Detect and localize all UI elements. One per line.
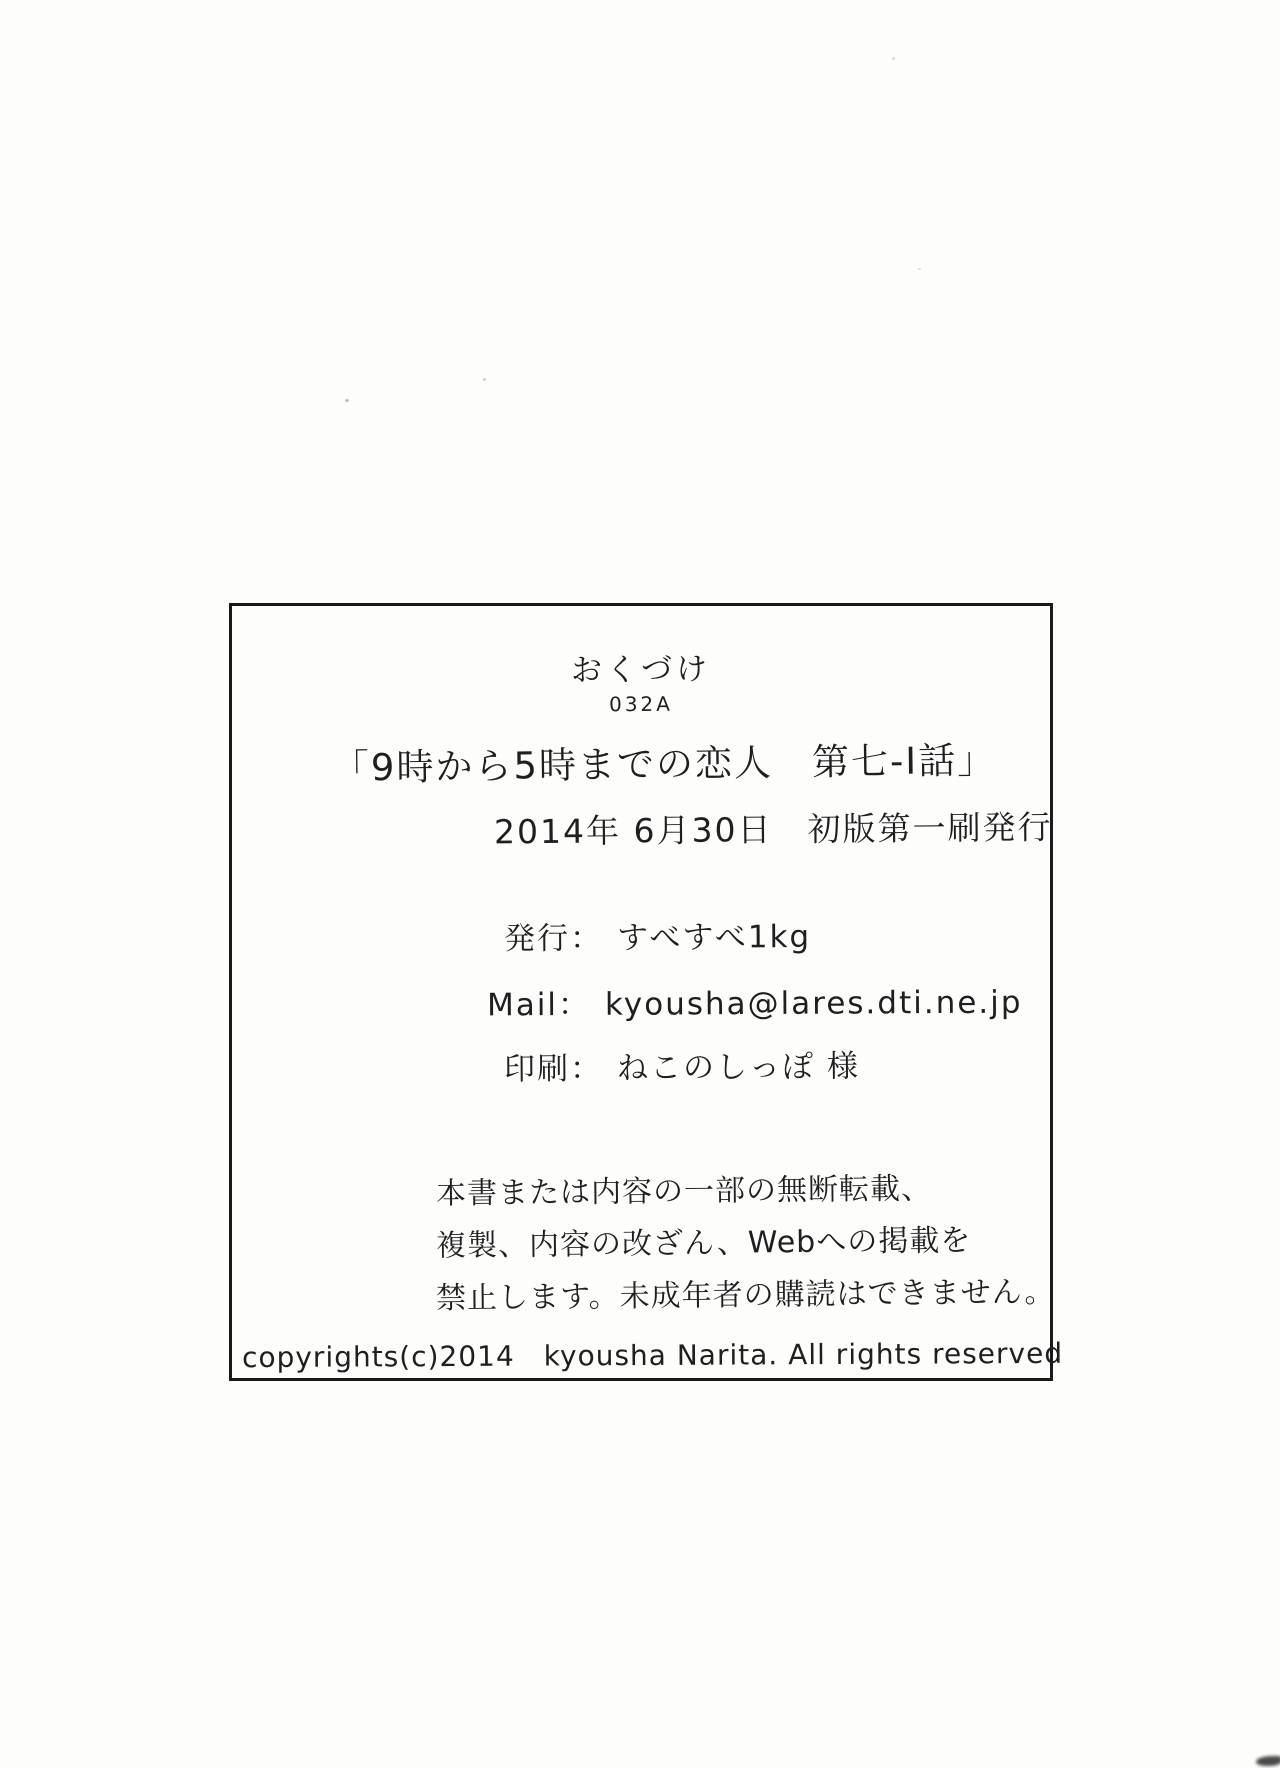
printer-label: 印刷：	[504, 1043, 603, 1089]
legal-notice-line-3: 禁止します。未成年者の購読はできません。	[436, 1267, 1056, 1317]
printer-value: ねこのしっぽ 様	[617, 1048, 860, 1086]
book-title: 「9時から5時までの恋人 第七-I話」	[232, 729, 1051, 793]
scan-corner-smudge	[1256, 1756, 1280, 1766]
printer-row: 印刷：ねこのしっぽ 様	[504, 1040, 860, 1088]
colophon-heading: おくづけ	[232, 640, 1050, 694]
mail-row: Mail：kyousha@lares.dti.ne.jp	[487, 977, 1023, 1025]
scan-speck	[918, 268, 921, 270]
colophon-frame: おくづけ 032A 「9時から5時までの恋人 第七-I話」 2014年 6月30…	[229, 603, 1053, 1381]
legal-notice-line-1: 本書または内容の一部の無断転載、	[436, 1163, 932, 1212]
publisher-value: すべすべ1kg	[617, 919, 811, 956]
mail-label: Mail：	[487, 979, 591, 1025]
scan-speck	[345, 399, 349, 402]
scan-speck	[892, 57, 895, 60]
copyright-line: copyrights(c)2014 kyousha Narita. All ri…	[242, 1332, 1046, 1376]
scan-speck	[483, 378, 486, 381]
publisher-row: 発行：すべすべ1kg	[504, 911, 811, 958]
doujin-code: 032A	[232, 689, 1050, 719]
mail-address: kyousha@lares.dti.ne.jp	[605, 985, 1023, 1023]
publisher-label: 発行：	[504, 912, 603, 958]
legal-notice-line-2: 複製、内容の改ざん、Webへの掲載を	[436, 1215, 972, 1265]
edition-date-line: 2014年 6月30日 初版第一刷発行	[494, 802, 1053, 854]
scanned-colophon-page: おくづけ 032A 「9時から5時までの恋人 第七-I話」 2014年 6月30…	[0, 0, 1280, 1768]
